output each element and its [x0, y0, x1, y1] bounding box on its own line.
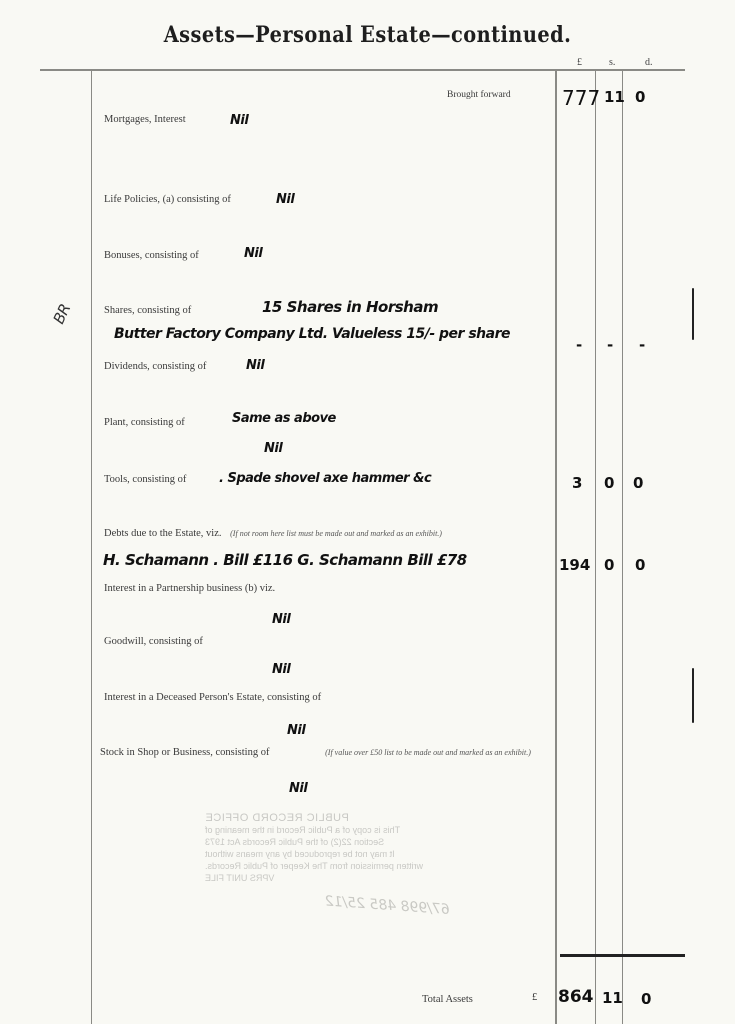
total-pounds: 864: [558, 987, 594, 1007]
total-shillings: 11: [602, 989, 623, 1007]
stamp-line: It may not be reproduced by any means wi…: [205, 848, 465, 860]
dividends-label: Dividends, consisting of: [104, 361, 206, 372]
brought-forward-pence: 0: [635, 88, 645, 106]
margin-initials: BR: [50, 301, 75, 326]
tools-pence: 0: [633, 474, 643, 492]
plant-label: Plant, consisting of: [104, 417, 185, 428]
partnership-entry: Nil: [272, 612, 290, 627]
debts-pence: 0: [635, 556, 645, 574]
debts-entry: H. Schamann . Bill £116 G. Schamann Bill…: [103, 551, 467, 569]
column-header-shillings: s.: [609, 57, 615, 68]
deceased-estate-label: Interest in a Deceased Person's Estate, …: [104, 692, 321, 703]
mortgages-label: Mortgages, Interest: [104, 114, 186, 125]
plant-entry-line2: Nil: [264, 441, 282, 456]
mortgages-entry: Nil: [230, 113, 248, 128]
debts-note: (If not room here list must be made out …: [230, 529, 442, 538]
page-title: Assets—Personal Estate—continued.: [44, 22, 691, 48]
pence-column-rule: [622, 70, 623, 1024]
shares-label: Shares, consisting of: [104, 305, 191, 316]
shares-entry-line2: Butter Factory Company Ltd. Valueless 15…: [114, 326, 510, 342]
debts-shillings: 0: [604, 556, 614, 574]
debts-label-text: Debts due to the Estate, viz.: [104, 528, 222, 539]
brought-forward-label: Brought forward: [447, 90, 511, 100]
total-rule: [560, 954, 685, 957]
total-label: Total Assets: [422, 994, 473, 1005]
debts-pounds: 194: [559, 556, 590, 574]
stock-label: Stock in Shop or Business, consisting of: [100, 747, 269, 758]
shares-pounds: -: [576, 336, 582, 354]
tools-pounds: 3: [572, 474, 582, 492]
stamp-line: VPRS UNIT FILE: [205, 872, 465, 884]
tools-shillings: 0: [604, 474, 614, 492]
partnership-label: Interest in a Partnership business (b) v…: [104, 583, 275, 594]
bonuses-entry: Nil: [244, 246, 262, 261]
total-currency: £: [532, 992, 537, 1003]
archive-pencil-reference: 67/998 485 25/12: [190, 884, 450, 918]
stock-note: (If value over £50 list to be made out a…: [312, 748, 544, 758]
stock-entry: Nil: [289, 781, 307, 796]
stamp-title: PUBLIC RECORD OFFICE: [205, 812, 465, 824]
brought-forward-pounds: 777: [562, 86, 600, 110]
pounds-column-left-rule: [555, 70, 557, 1024]
bonuses-label: Bonuses, consisting of: [104, 250, 199, 261]
goodwill-label: Goodwill, consisting of: [104, 636, 203, 647]
archive-stamp: PUBLIC RECORD OFFICE This is copy of a P…: [205, 812, 465, 884]
goodwill-entry: Nil: [272, 662, 290, 677]
header-rule: [40, 69, 685, 71]
dividends-entry: Nil: [246, 358, 264, 373]
debts-label: Debts due to the Estate, viz. (If not ro…: [104, 528, 442, 539]
tools-label: Tools, consisting of: [104, 474, 186, 485]
stock-label-text: Stock in Shop or Business, consisting of: [100, 747, 269, 758]
stamp-line: Section 22(2) of the Public Records Act …: [205, 836, 465, 848]
margin-tick-mark: [692, 668, 694, 723]
life-policies-entry: Nil: [276, 192, 294, 207]
shares-pence: -: [639, 336, 645, 354]
shares-shillings: -: [607, 336, 613, 354]
shillings-column-rule: [595, 70, 596, 1024]
margin-tick-mark: [692, 288, 694, 340]
stamp-line: written permission from The Keeper of Pu…: [205, 860, 465, 872]
total-pence: 0: [641, 990, 651, 1008]
column-header-pounds: £: [577, 57, 582, 68]
margin-rule: [91, 70, 92, 1024]
deceased-estate-entry: Nil: [287, 723, 305, 738]
plant-entry: Same as above: [232, 411, 336, 426]
brought-forward-shillings: 11: [604, 88, 625, 106]
tools-entry: . Spade shovel axe hammer &c: [219, 471, 431, 486]
stamp-line: This is copy of a Public Record in the m…: [205, 824, 465, 836]
life-policies-label: Life Policies, (a) consisting of: [104, 194, 231, 205]
shares-entry-line1: 15 Shares in Horsham: [262, 298, 438, 316]
column-header-pence: d.: [645, 57, 653, 68]
